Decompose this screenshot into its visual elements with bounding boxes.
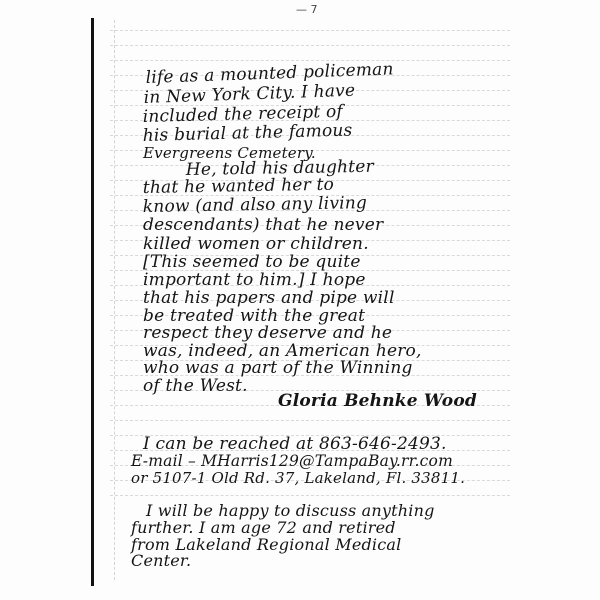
signature: Gloria Behnke Wood — [278, 393, 477, 410]
ruled-line — [110, 45, 510, 46]
ruled-line — [110, 420, 510, 421]
letter-line: respect they deserve and he — [143, 325, 392, 342]
letter-line: who was a part of the Winning — [143, 360, 413, 377]
ruled-line — [110, 30, 510, 31]
ruled-line — [110, 60, 510, 61]
closing-line: I will be happy to discuss anything — [146, 503, 435, 519]
page-number: — 7 — [296, 3, 318, 16]
letter-line: important to him.] I hope — [143, 272, 366, 289]
letter-line: know (and also any living — [143, 195, 367, 216]
letter-line: that his papers and pipe will — [143, 290, 395, 307]
letter-line: his burial at the famous — [143, 123, 353, 145]
contact-line: E-mail – MHarris129@TampaBay.rr.com — [131, 454, 453, 470]
scanned-letter-page: — 7 life as a mounted policeman in New Y… — [0, 0, 600, 600]
closing-line: further. I am age 72 and retired — [131, 520, 396, 536]
letter-line: of the West. — [143, 378, 248, 395]
letter-line: [This seemed to be quite — [143, 254, 361, 271]
ruled-line — [110, 495, 510, 496]
contact-line: I can be reached at 863-646-2493. — [143, 436, 447, 453]
letter-line: killed women or children. — [143, 236, 369, 253]
letter-line: descendants) that he never — [143, 217, 383, 234]
page-left-border — [91, 18, 94, 586]
contact-line: or 5107-1 Old Rd. 37, Lakeland, Fl. 3381… — [131, 471, 465, 486]
closing-line: Center. — [131, 553, 191, 569]
